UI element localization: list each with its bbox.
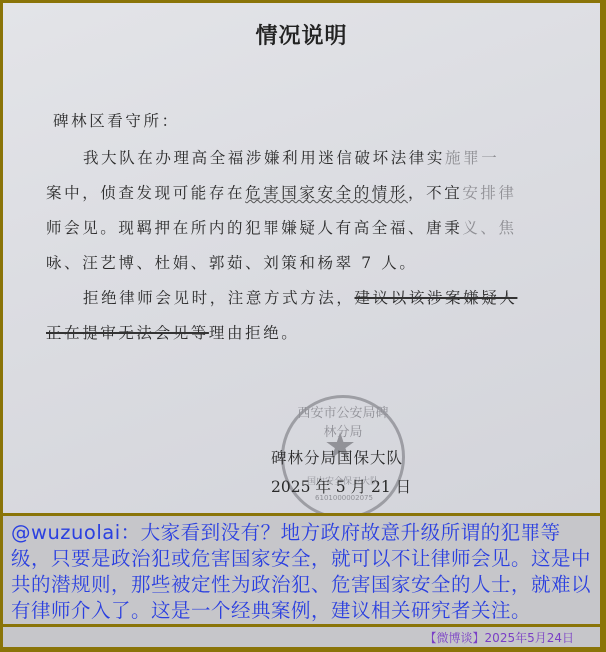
paragraph2-line2: 正在提审无法会见等理由拒绝。 — [46, 321, 299, 343]
source-date: 【微博谈】2025年5月24日 — [425, 631, 574, 645]
text-segment: 我大队在办理高全福涉嫌利用迷信破坏法律实 — [83, 149, 445, 167]
text-segment-faded: 施罪一 — [445, 149, 499, 167]
text-segment: ，不宜 — [408, 184, 462, 202]
footer: 【微博谈】2025年5月24日 — [3, 627, 600, 647]
comment-text: @wuzuolai：大家看到没有？地方政府故意升级所谓的犯罪等级，只要是政治犯或… — [11, 520, 594, 624]
document-title: 情况说明 — [3, 19, 600, 50]
text-segment: 拒绝律师会见时，注意方式方法， — [83, 289, 355, 307]
paragraph1-line2: 案中，侦查发现可能存在危害国家安全的情形，不宜安排律 — [46, 181, 517, 203]
document-photo: 情况说明 碑林区看守所： 我大队在办理高全福涉嫌利用迷信破坏法律实施罪一 案中，… — [3, 3, 600, 513]
paragraph1-line4: 咏、汪艺博、杜娟、郭茹、刘策和杨翠 7 人。 — [46, 251, 417, 273]
text-segment-faded: 义、焦 — [462, 219, 516, 237]
paragraph1-line3: 师会见。现羁押在所内的犯罪嫌疑人有高全福、唐秉义、焦 — [46, 216, 517, 238]
text-segment: 案中，侦查发现可能存在 — [46, 184, 245, 202]
document-addressee: 碑林区看守所： — [53, 109, 180, 131]
paragraph1-line1: 我大队在办理高全福涉嫌利用迷信破坏法律实施罪一 — [83, 146, 499, 168]
struck-text: 正在提审无法会见等 — [46, 324, 209, 342]
paragraph2-line1: 拒绝律师会见时，注意方式方法，建议以该涉案嫌疑人 — [83, 286, 517, 308]
struck-text: 建议以该涉案嫌疑人 — [355, 289, 518, 307]
comment-panel: @wuzuolai：大家看到没有？地方政府故意升级所谓的犯罪等级，只要是政治犯或… — [3, 516, 600, 624]
text-segment-faded: 安排律 — [462, 184, 516, 202]
underlined-phrase: 危害国家安全的情形 — [245, 184, 408, 202]
signature-date: 2025 年 5 月 21 日 — [271, 475, 411, 497]
signature-unit: 碑林分局国保大队 — [271, 446, 403, 468]
text-segment: 师会见。现羁押在所内的犯罪嫌疑人有高全福、唐秉 — [46, 219, 462, 237]
text-segment: 理由拒绝。 — [209, 324, 300, 342]
